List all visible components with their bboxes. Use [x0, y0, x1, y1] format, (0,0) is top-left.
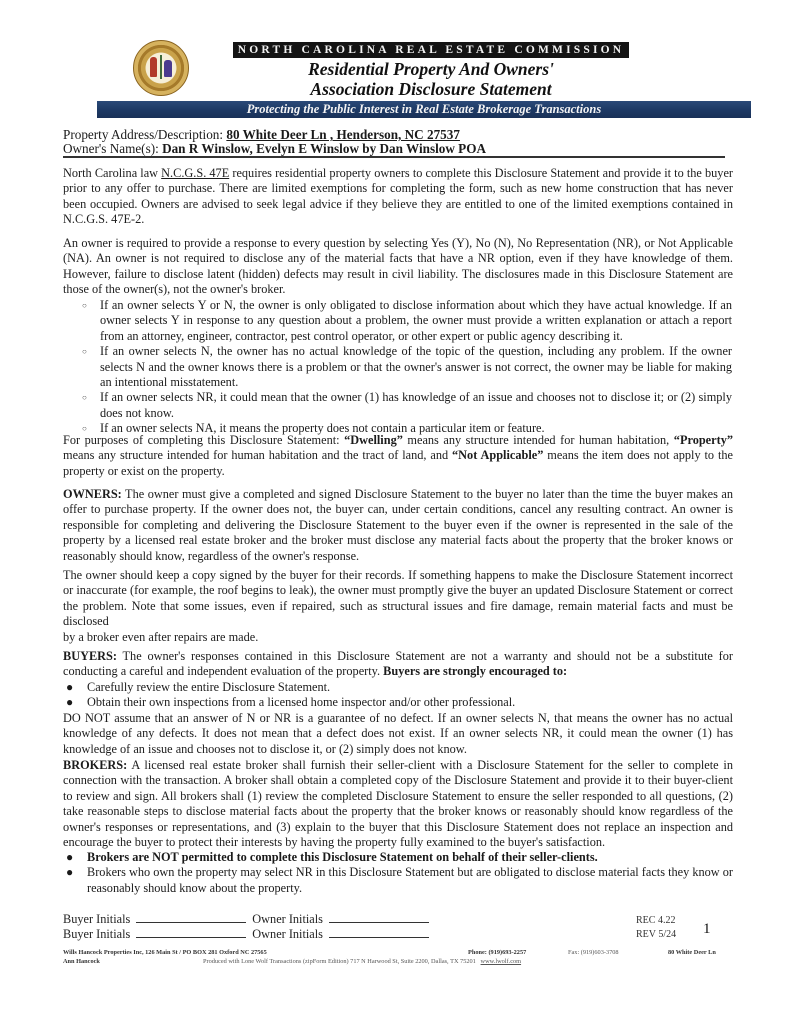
list-item: ○If an owner selects NR, it could mean t…	[80, 390, 732, 421]
owner-initials-field-1[interactable]	[329, 912, 429, 923]
property-address: Property Address/Description: 80 White D…	[63, 127, 460, 142]
term-not-applicable: “Not Applicable”	[452, 448, 543, 462]
property-address-value[interactable]: 80 White Deer Ln , Henderson, NC 27537	[226, 127, 460, 142]
brokers-heading: BROKERS:	[63, 758, 127, 772]
responses-paragraph: An owner is required to provide a respon…	[63, 236, 733, 298]
filled-dot-bullet-icon: ●	[66, 850, 86, 865]
statute-link[interactable]: N.C.G.S. 47E	[161, 166, 229, 180]
initials-row-1: Buyer InitialsOwner Initials	[63, 912, 435, 927]
buyer-initials-label: Buyer Initials	[63, 912, 130, 926]
term-dwelling: “Dwelling”	[344, 433, 403, 447]
owner-names-value[interactable]: Dan R Winslow, Evelyn E Winslow by Dan W…	[162, 141, 486, 156]
filled-dot-bullet-icon: ●	[66, 695, 86, 710]
nc-state-seal-icon	[133, 40, 189, 96]
title-line-1: Residential Property And Owners'	[233, 59, 629, 79]
filled-dot-bullet-icon: ●	[66, 865, 86, 880]
list-item: ○If an owner selects Y or N, the owner i…	[80, 298, 732, 344]
brokers-section: BROKERS: A licensed real estate broker s…	[63, 758, 733, 850]
agent-name: Ann Hancock	[63, 957, 100, 966]
owners-heading: OWNERS:	[63, 487, 122, 501]
document-title: Residential Property And Owners' Associa…	[233, 59, 629, 99]
responses-bullet-list: ○If an owner selects Y or N, the owner i…	[80, 298, 732, 437]
tagline-banner: Protecting the Public Interest in Real E…	[97, 101, 751, 118]
property-address-label: Property Address/Description:	[63, 127, 223, 142]
buyers-bullet-list: ●Carefully review the entire Disclosure …	[63, 680, 733, 711]
form-code: REC 4.22	[636, 914, 675, 927]
disclosure-page: NORTH CAROLINA REAL ESTATE COMMISSION Re…	[0, 0, 791, 1024]
open-circle-bullet-icon: ○	[82, 390, 102, 405]
buyers-warning-paragraph: DO NOT assume that an answer of N or NR …	[63, 711, 733, 757]
buyers-section: BUYERS: The owner's responses contained …	[63, 649, 733, 680]
list-item: ○If an owner selects N, the owner has no…	[80, 344, 732, 390]
open-circle-bullet-icon: ○	[82, 344, 102, 359]
brokerage-phone: Phone: (919)693-2257	[468, 948, 526, 957]
brokerage-info: Wills Hancock Properties Inc, 126 Main S…	[63, 948, 267, 957]
list-item: ●Brokers who own the property may select…	[63, 865, 733, 896]
filled-dot-bullet-icon: ●	[66, 680, 86, 695]
owners-section: OWNERS: The owner must give a completed …	[63, 487, 733, 564]
initials-row-2: Buyer InitialsOwner Initials	[63, 927, 435, 942]
owner-underline-divider	[63, 156, 725, 158]
brokers-bullet-list: ●Brokers are NOT permitted to complete t…	[63, 850, 733, 896]
buyers-heading: BUYERS:	[63, 649, 117, 663]
owner-copy-paragraph: The owner should keep a copy signed by t…	[63, 568, 733, 645]
owner-initials-label: Owner Initials	[252, 927, 323, 941]
buyer-initials-label: Buyer Initials	[63, 927, 130, 941]
list-item: ●Carefully review the entire Disclosure …	[63, 680, 733, 695]
commission-name: NORTH CAROLINA REAL ESTATE COMMISSION	[233, 42, 629, 58]
produced-by: Produced with Lone Wolf Transactions (zi…	[203, 957, 521, 966]
term-property: “Property”	[674, 433, 733, 447]
owner-initials-field-2[interactable]	[329, 927, 429, 938]
buyers-emphasis: Buyers are strongly encouraged to:	[383, 664, 567, 678]
open-circle-bullet-icon: ○	[82, 298, 102, 313]
file-reference: 80 White Deer Ln	[668, 948, 716, 957]
owner-names-label: Owner's Name(s):	[63, 141, 159, 156]
brokerage-fax: Fax: (919)603-3708	[568, 948, 619, 957]
buyer-initials-field-1[interactable]	[136, 912, 246, 923]
title-line-2: Association Disclosure Statement	[233, 79, 629, 99]
owner-names: Owner's Name(s): Dan R Winslow, Evelyn E…	[63, 141, 486, 156]
owner-initials-label: Owner Initials	[252, 912, 323, 926]
form-revision: REV 5/24	[636, 928, 676, 941]
list-item: ●Brokers are NOT permitted to complete t…	[63, 850, 733, 865]
page-number: 1	[703, 921, 711, 938]
lwolf-website-link[interactable]: www.lwolf.com	[481, 958, 522, 965]
buyer-initials-field-2[interactable]	[136, 927, 246, 938]
definitions-paragraph: For purposes of completing this Disclosu…	[63, 433, 733, 479]
list-item: ●Obtain their own inspections from a lic…	[63, 695, 733, 710]
intro-paragraph: North Carolina law N.C.G.S. 47E requires…	[63, 166, 733, 228]
